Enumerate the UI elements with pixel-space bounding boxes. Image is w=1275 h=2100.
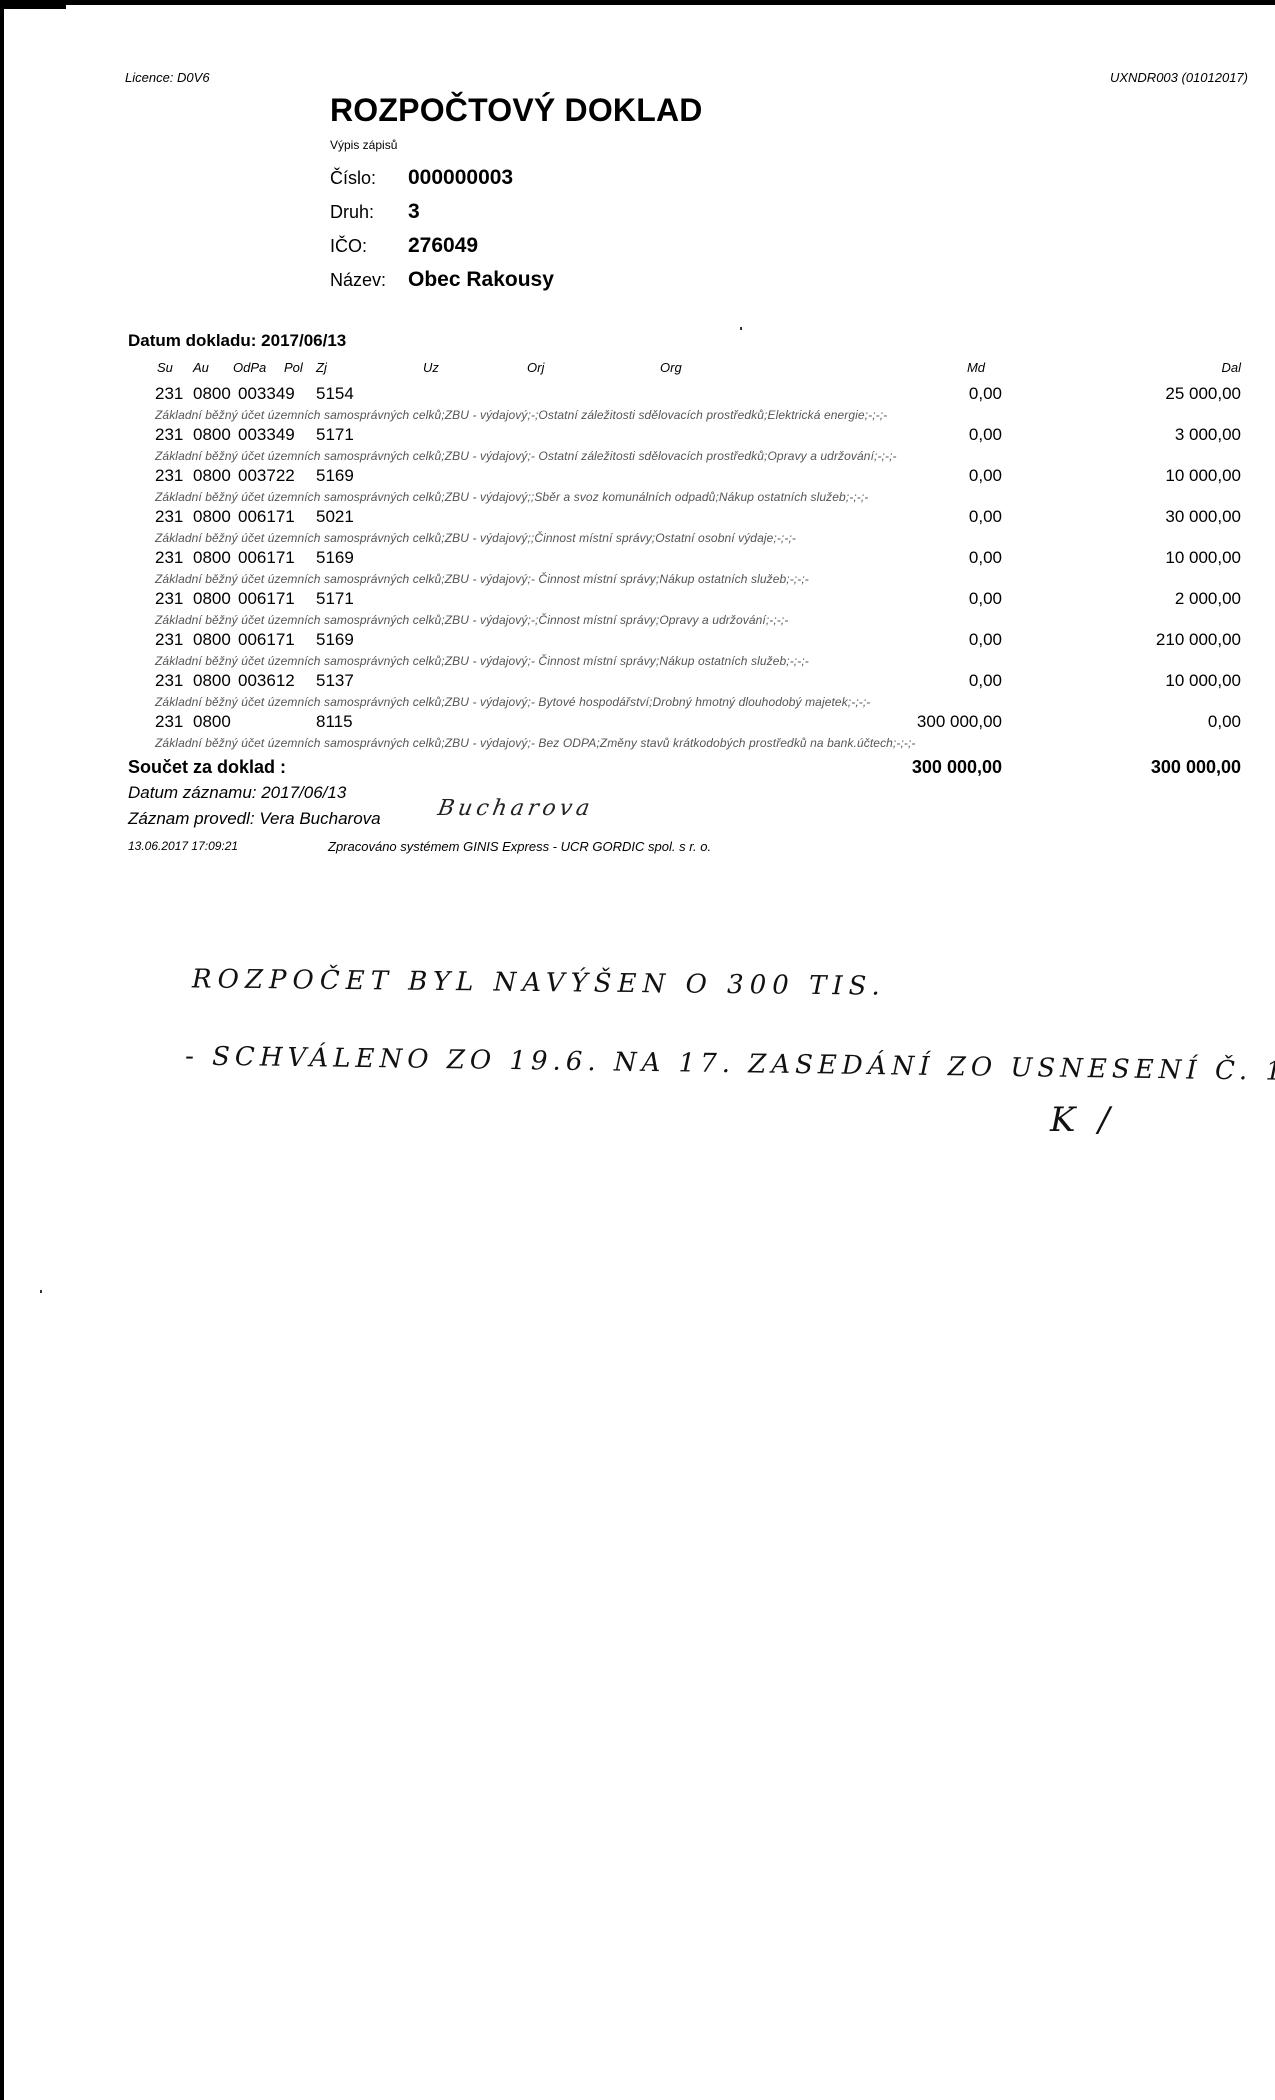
cell-au: 0800: [193, 589, 231, 609]
cell-au: 0800: [193, 425, 231, 445]
column-header-pol: Pol: [284, 360, 303, 375]
cell-odpa: 006171: [238, 589, 295, 609]
cell-su: 231: [155, 466, 183, 486]
form-code: UXNDR003 (01012017): [1110, 70, 1248, 85]
cell-dal: 210 000,00: [1156, 630, 1241, 650]
cell-odpa: 006171: [238, 548, 295, 568]
column-header-zj: Zj: [316, 360, 327, 375]
cell-dal: 0,00: [1208, 712, 1241, 732]
cell-pol: 5137: [316, 671, 354, 691]
handwritten-note-line-1: ROZPOČET BYL NAVÝŠEN O 300 TIS.: [192, 964, 886, 1001]
scan-speck: [740, 327, 742, 330]
cell-dal: 2 000,00: [1175, 589, 1241, 609]
meta-ico: IČO:276049: [330, 234, 478, 258]
cell-pol: 5169: [316, 466, 354, 486]
cell-md: 0,00: [969, 466, 1002, 486]
cell-md: 0,00: [969, 630, 1002, 650]
cell-dal: 10 000,00: [1165, 466, 1241, 486]
handwritten-note-line-2: - SCHVÁLENO ZO 19.6. NA 17. ZASEDÁNÍ ZO …: [185, 1041, 1275, 1088]
meta-name: Název:Obec Rakousy: [330, 268, 554, 292]
scan-speck: [40, 1290, 42, 1293]
cell-odpa: 006171: [238, 630, 295, 650]
cell-au: 0800: [193, 630, 231, 650]
cell-odpa: 003349: [238, 425, 295, 445]
handwritten-signature: Bucharova: [436, 796, 596, 821]
scan-border-top-tab: [0, 0, 66, 9]
cell-odpa: 006171: [238, 507, 295, 527]
column-header-md: Md: [967, 360, 985, 375]
document-subtitle: Výpis zápisů: [330, 138, 397, 152]
cell-dal: 3 000,00: [1175, 425, 1241, 445]
row-description: Základní běžný účet územních samosprávný…: [155, 449, 897, 463]
meta-number-label: Číslo:: [330, 168, 408, 189]
cell-au: 0800: [193, 384, 231, 404]
meta-name-value: Obec Rakousy: [408, 268, 554, 291]
row-description: Základní běžný účet územních samosprávný…: [155, 613, 788, 627]
cell-su: 231: [155, 507, 183, 527]
meta-type: Druh:3: [330, 200, 420, 224]
meta-number: Číslo:000000003: [330, 166, 513, 190]
cell-odpa: 003722: [238, 466, 295, 486]
row-description: Základní běžný účet územních samosprávný…: [155, 408, 887, 422]
cell-su: 231: [155, 548, 183, 568]
cell-pol: 5169: [316, 548, 354, 568]
cell-au: 0800: [193, 671, 231, 691]
cell-su: 231: [155, 384, 183, 404]
cell-au: 0800: [193, 466, 231, 486]
column-header-orj: Orj: [527, 360, 544, 375]
meta-type-value: 3: [408, 200, 420, 223]
cell-pol: 5171: [316, 425, 354, 445]
meta-name-label: Název:: [330, 270, 408, 291]
cell-pol: 8115: [316, 712, 353, 732]
column-header-odpa: OdPa: [233, 360, 266, 375]
column-header-au: Au: [193, 360, 209, 375]
column-header-dal: Dal: [1221, 360, 1241, 375]
cell-md: 0,00: [969, 671, 1002, 691]
column-header-uz: Uz: [423, 360, 439, 375]
row-description: Základní běžný účet územních samosprávný…: [155, 695, 870, 709]
cell-pol: 5169: [316, 630, 354, 650]
cell-au: 0800: [193, 507, 231, 527]
cell-md: 0,00: [969, 548, 1002, 568]
meta-ico-value: 276049: [408, 234, 478, 257]
cell-md: 0,00: [969, 507, 1002, 527]
row-description: Základní běžný účet územních samosprávný…: [155, 736, 916, 750]
licence-label: Licence: D0V6: [125, 70, 210, 85]
cell-pol: 5171: [316, 589, 354, 609]
cell-pol: 5021: [316, 507, 354, 527]
cell-dal: 30 000,00: [1165, 507, 1241, 527]
cell-dal: 25 000,00: [1165, 384, 1241, 404]
cell-su: 231: [155, 712, 183, 732]
scan-border-left: [0, 0, 4, 2100]
document-title: ROZPOČTOVÝ DOKLAD: [330, 92, 703, 129]
row-description: Základní běžný účet územních samosprávný…: [155, 531, 796, 545]
totals-md: 300 000,00: [912, 757, 1002, 778]
cell-odpa: 003612: [238, 671, 295, 691]
cell-md: 0,00: [969, 425, 1002, 445]
totals-dal: 300 000,00: [1151, 757, 1241, 778]
meta-ico-label: IČO:: [330, 236, 408, 257]
cell-su: 231: [155, 425, 183, 445]
cell-su: 231: [155, 671, 183, 691]
column-header-su: Su: [157, 360, 173, 375]
scan-border-top: [0, 0, 1275, 5]
cell-odpa: 003349: [238, 384, 295, 404]
printed-timestamp: 13.06.2017 17:09:21: [128, 839, 238, 853]
record-date: Datum záznamu: 2017/06/13: [128, 783, 346, 803]
processed-by-note: Zpracováno systémem GINIS Express - UCR …: [328, 839, 711, 854]
cell-pol: 5154: [316, 384, 354, 404]
row-description: Základní běžný účet územních samosprávný…: [155, 654, 809, 668]
column-header-org: Org: [660, 360, 682, 375]
handwritten-initials: K /: [1050, 1100, 1116, 1140]
cell-su: 231: [155, 630, 183, 650]
cell-md: 300 000,00: [917, 712, 1002, 732]
meta-type-label: Druh:: [330, 202, 408, 223]
document-date: Datum dokladu: 2017/06/13: [128, 331, 346, 351]
totals-label: Součet za doklad :: [128, 757, 286, 778]
row-description: Základní běžný účet územních samosprávný…: [155, 490, 868, 504]
recorded-by: Záznam provedl: Vera Bucharova: [128, 809, 381, 829]
cell-au: 0800: [193, 712, 231, 732]
cell-au: 0800: [193, 548, 231, 568]
cell-md: 0,00: [969, 384, 1002, 404]
cell-dal: 10 000,00: [1165, 548, 1241, 568]
meta-number-value: 000000003: [408, 166, 513, 189]
cell-su: 231: [155, 589, 183, 609]
row-description: Základní běžný účet územních samosprávný…: [155, 572, 809, 586]
cell-dal: 10 000,00: [1165, 671, 1241, 691]
cell-md: 0,00: [969, 589, 1002, 609]
